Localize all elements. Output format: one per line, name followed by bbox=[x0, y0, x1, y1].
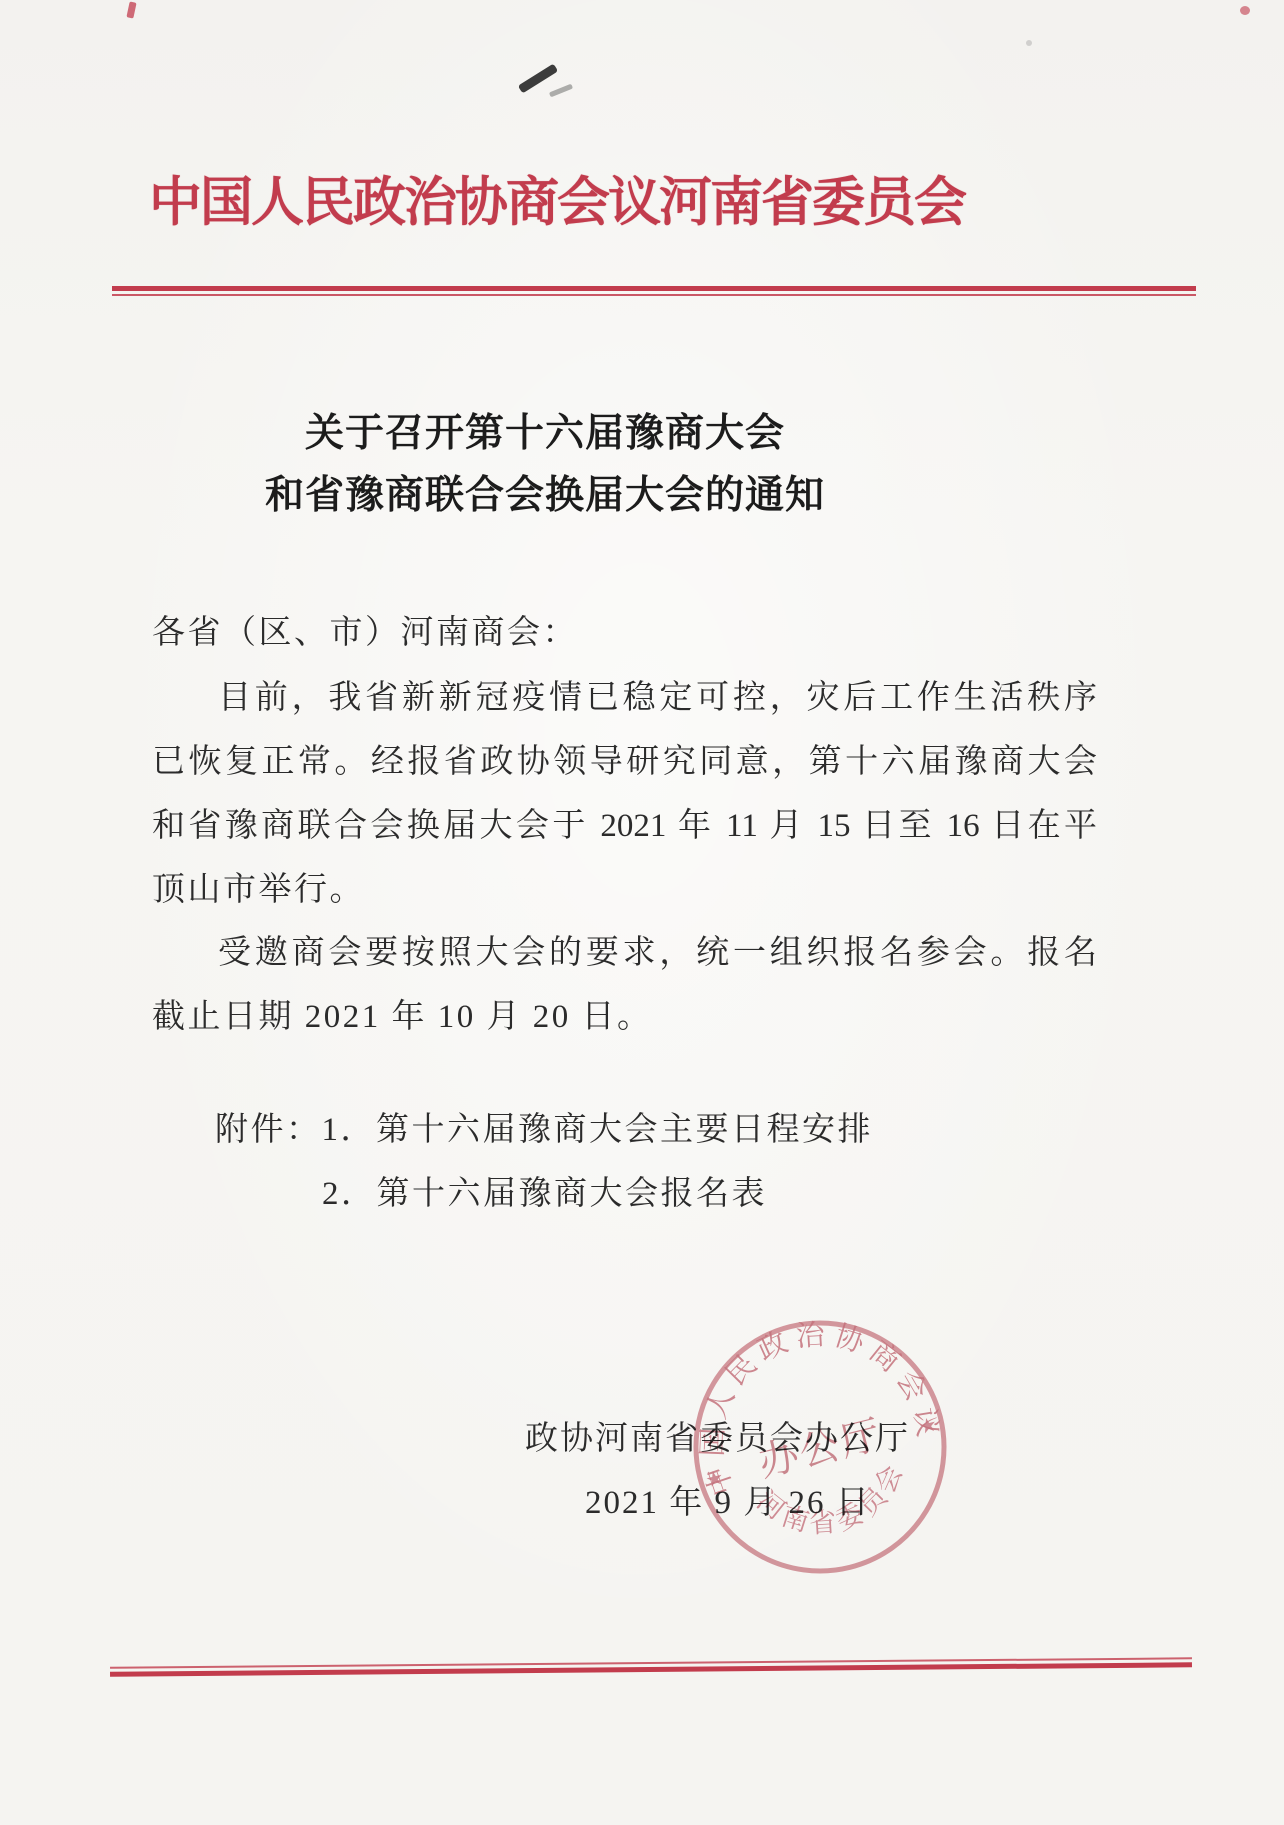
scan-gray-speck bbox=[1026, 40, 1032, 46]
attachment-item-2: 2．第十六届豫商大会报名表 bbox=[322, 1167, 1267, 1214]
paragraph2-line2: 截止日期 2021 年 10 月 20 日。 bbox=[152, 990, 1097, 1037]
document-title-line1: 关于召开第十六届豫商大会 bbox=[305, 402, 785, 458]
letterhead-rule-thick bbox=[112, 286, 1196, 291]
seal-center-text: 办公厅 bbox=[754, 1411, 887, 1485]
scan-smudge-mark bbox=[518, 64, 558, 94]
scan-red-speck-right bbox=[1240, 6, 1250, 15]
attachment-item-1: 附件：1．第十六届豫商大会主要日程安排 bbox=[215, 1103, 1160, 1150]
letterhead-rule-thin bbox=[112, 294, 1196, 296]
scan-smudge-mark-small bbox=[549, 84, 573, 98]
paragraph1-line3: 和省豫商联合会换届大会于 2021 年 11 月 15 日至 16 日在平 bbox=[152, 799, 1097, 846]
scanned-page: 中国人民政治协商会议河南省委员会 关于召开第十六届豫商大会 和省豫商联合会换届大… bbox=[0, 0, 1284, 1825]
salutation: 各省（区、市）河南商会： bbox=[152, 606, 1097, 653]
official-seal: 中国人民政治协商会议 河南省委员会 办公厅 ★ ★ bbox=[656, 1283, 983, 1610]
paragraph1-line4: 顶山市举行。 bbox=[152, 863, 1097, 910]
document-title-line2: 和省豫商联合会换届大会的通知 bbox=[265, 464, 825, 520]
paragraph2-line1: 受邀商会要按照大会的要求，统一组织报名参会。报名 bbox=[152, 926, 1097, 973]
paragraph1-line2: 已恢复正常。经报省政协领导研究同意，第十六届豫商大会 bbox=[152, 735, 1097, 782]
seal-graphic: 中国人民政治协商会议 河南省委员会 办公厅 ★ ★ bbox=[656, 1283, 983, 1610]
paragraph1-line1: 目前，我省新新冠疫情已稳定可控，灾后工作生活秩序 bbox=[152, 671, 1097, 718]
scan-red-speck-left bbox=[126, 1, 136, 18]
letterhead-org-name: 中国人民政治协商会议河南省委员会 bbox=[149, 160, 965, 236]
